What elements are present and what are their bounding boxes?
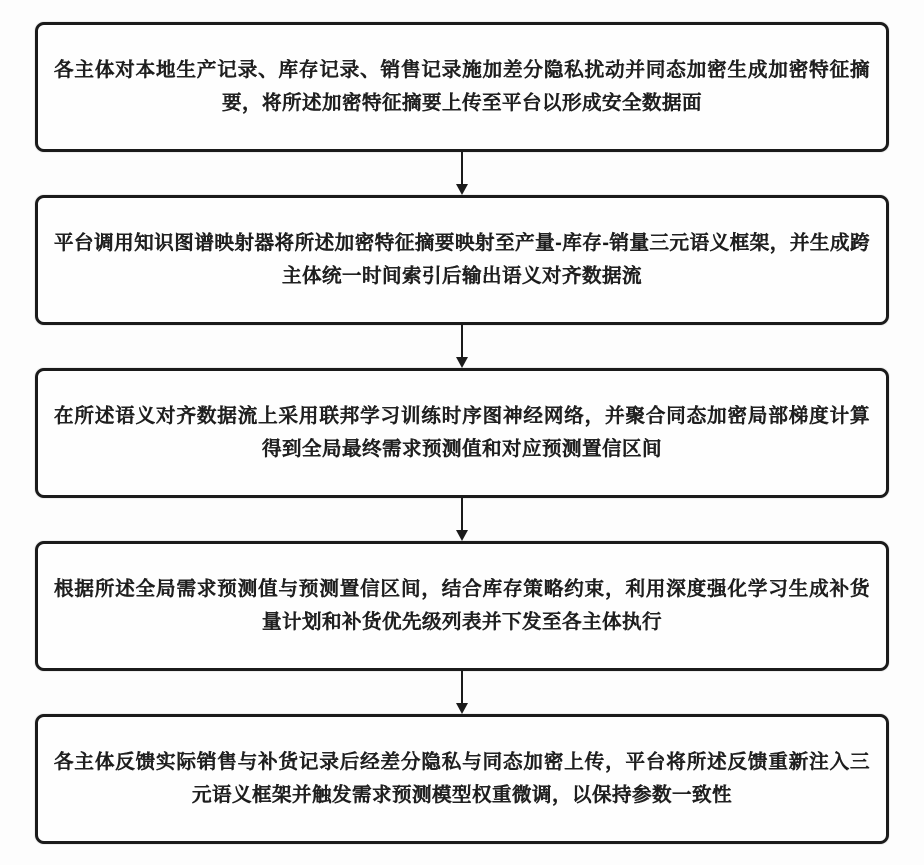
arrow-shaft <box>461 325 463 358</box>
process-step-1: 各主体对本地生产记录、库存记录、销售记录施加差分隐私扰动并同态加密生成加密特征摘… <box>35 22 889 152</box>
arrow-head <box>456 703 468 714</box>
process-step-3: 在所述语义对齐数据流上采用联邦学习训练时序图神经网络，并聚合同态加密局部梯度计算… <box>35 368 889 498</box>
arrow-head <box>456 357 468 368</box>
process-step-1-text: 各主体对本地生产记录、库存记录、销售记录施加差分隐私扰动并同态加密生成加密特征摘… <box>38 54 886 120</box>
arrow-shaft <box>461 152 463 185</box>
process-step-2-text: 平台调用知识图谱映射器将所述加密特征摘要映射至产量-库存-销量三元语义框架，并生… <box>38 227 886 293</box>
process-step-4: 根据所述全局需求预测值与预测置信区间，结合库存策略约束，利用深度强化学习生成补货… <box>35 541 889 671</box>
down-arrow-icon-3 <box>454 498 470 541</box>
process-step-2: 平台调用知识图谱映射器将所述加密特征摘要映射至产量-库存-销量三元语义框架，并生… <box>35 195 889 325</box>
flowchart-canvas: 各主体对本地生产记录、库存记录、销售记录施加差分隐私扰动并同态加密生成加密特征摘… <box>0 0 924 865</box>
arrow-head <box>456 530 468 541</box>
arrow-head <box>456 184 468 195</box>
process-step-4-text: 根据所述全局需求预测值与预测置信区间，结合库存策略约束，利用深度强化学习生成补货… <box>38 573 886 639</box>
down-arrow-icon-4 <box>454 671 470 714</box>
process-step-5: 各主体反馈实际销售与补货记录后经差分隐私与同态加密上传，平台将所述反馈重新注入三… <box>35 714 889 844</box>
arrow-shaft <box>461 671 463 704</box>
down-arrow-icon-2 <box>454 325 470 368</box>
process-step-5-text: 各主体反馈实际销售与补货记录后经差分隐私与同态加密上传，平台将所述反馈重新注入三… <box>38 746 886 812</box>
arrow-shaft <box>461 498 463 531</box>
process-step-3-text: 在所述语义对齐数据流上采用联邦学习训练时序图神经网络，并聚合同态加密局部梯度计算… <box>38 400 886 466</box>
down-arrow-icon-1 <box>454 152 470 195</box>
